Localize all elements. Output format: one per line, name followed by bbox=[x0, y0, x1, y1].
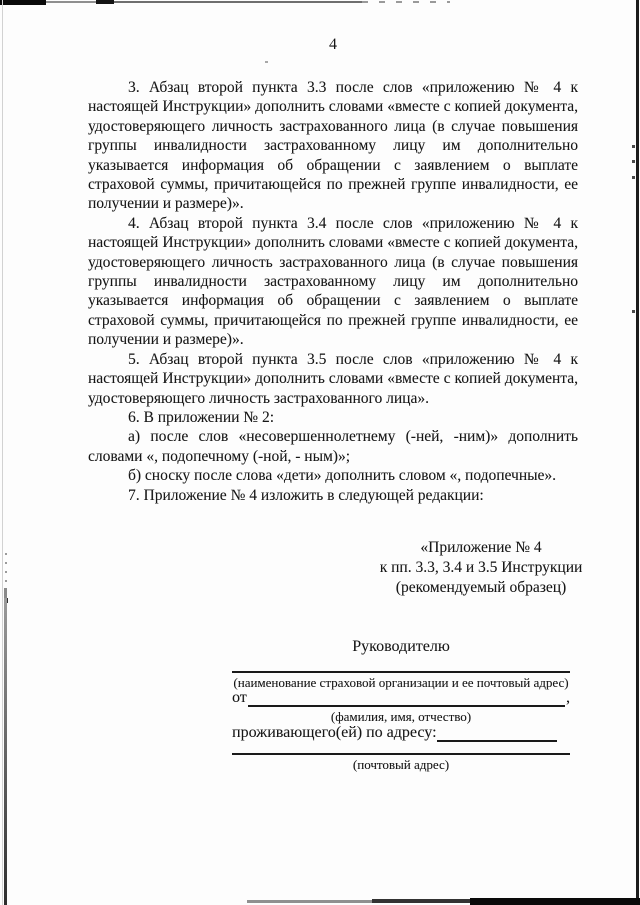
paragraph-3: 3. Абзац второй пункта 3.3 после слов «п… bbox=[88, 78, 578, 214]
scan-mark bbox=[632, 176, 635, 179]
scanned-document-page: { "page": { "number": "4" }, "doc": { "p… bbox=[0, 0, 640, 905]
paragraph-6a: а) после слов «несовершеннолетнему (-ней… bbox=[88, 427, 578, 466]
scan-speck bbox=[5, 562, 7, 564]
scan-speck bbox=[265, 61, 268, 63]
scan-mark-left-bar bbox=[4, 588, 7, 598]
scan-speck bbox=[5, 553, 7, 555]
appendix-heading-line3: (рекомендуемый образец) bbox=[368, 578, 594, 598]
page-number: 4 bbox=[88, 36, 578, 54]
scan-edge-top-dashes bbox=[362, 1, 450, 3]
scan-edge-top-black-segment2 bbox=[96, 0, 114, 4]
form-residing-row: проживающего(ей) по адресу: bbox=[232, 724, 557, 742]
scan-edge-top-gray-segment bbox=[46, 1, 96, 3]
scan-edge-bottom-dark-segment bbox=[372, 899, 470, 903]
paragraph-4: 4. Абзац второй пункта 3.4 после слов «п… bbox=[88, 214, 578, 350]
scan-edge-left-faint-line bbox=[2, 0, 3, 905]
scan-speck bbox=[5, 580, 7, 582]
appendix-heading-line1: «Приложение № 4 bbox=[368, 538, 594, 558]
scan-edge-bottom-black-segment bbox=[470, 898, 640, 905]
paragraph-6: 6. В приложении № 2: bbox=[88, 408, 578, 427]
paragraph-5: 5. Абзац второй пункта 3.5 после слов «п… bbox=[88, 350, 578, 408]
document-body: 3. Абзац второй пункта 3.3 после слов «п… bbox=[88, 78, 578, 505]
appendix-heading: «Приложение № 4 к пп. 3.3, 3.4 и 3.5 Инс… bbox=[368, 538, 594, 598]
form-from-comma: , bbox=[566, 689, 570, 707]
form-residing-label: проживающего(ей) по адресу: bbox=[232, 724, 437, 742]
paragraph-7: 7. Приложение № 4 изложить в следующей р… bbox=[88, 486, 578, 505]
scan-mark bbox=[632, 310, 635, 313]
scan-edge-right-line bbox=[636, 0, 639, 905]
application-form-header: Руководителю (наименование страховой орг… bbox=[232, 636, 570, 786]
scan-edge-left-line bbox=[4, 598, 7, 905]
form-caption-full-name: (фамилия, имя, отчество) bbox=[232, 709, 570, 725]
form-blank-line-address-start bbox=[437, 724, 557, 742]
form-from-row: от , bbox=[232, 689, 570, 707]
form-caption-postal-address: (почтовый адрес) bbox=[232, 757, 570, 773]
form-blank-line-address bbox=[232, 753, 570, 755]
form-addressee-label: Руководителю bbox=[232, 638, 570, 656]
form-blank-line-organization bbox=[232, 671, 570, 673]
scan-mark bbox=[632, 145, 635, 148]
paragraph-6b: б) сноску после слова «дети» дополнить с… bbox=[88, 466, 578, 485]
appendix-heading-line2: к пп. 3.3, 3.4 и 3.5 Инструкции bbox=[368, 558, 594, 578]
scan-mark bbox=[632, 160, 635, 163]
scan-edge-bottom-gray-segment bbox=[247, 900, 372, 903]
scan-speck bbox=[5, 571, 7, 573]
scan-edge-top-gray-line bbox=[114, 1, 362, 3]
form-from-label: от bbox=[232, 689, 247, 707]
form-blank-line-name bbox=[248, 689, 565, 707]
scan-edge-top-black-segment bbox=[0, 0, 46, 5]
